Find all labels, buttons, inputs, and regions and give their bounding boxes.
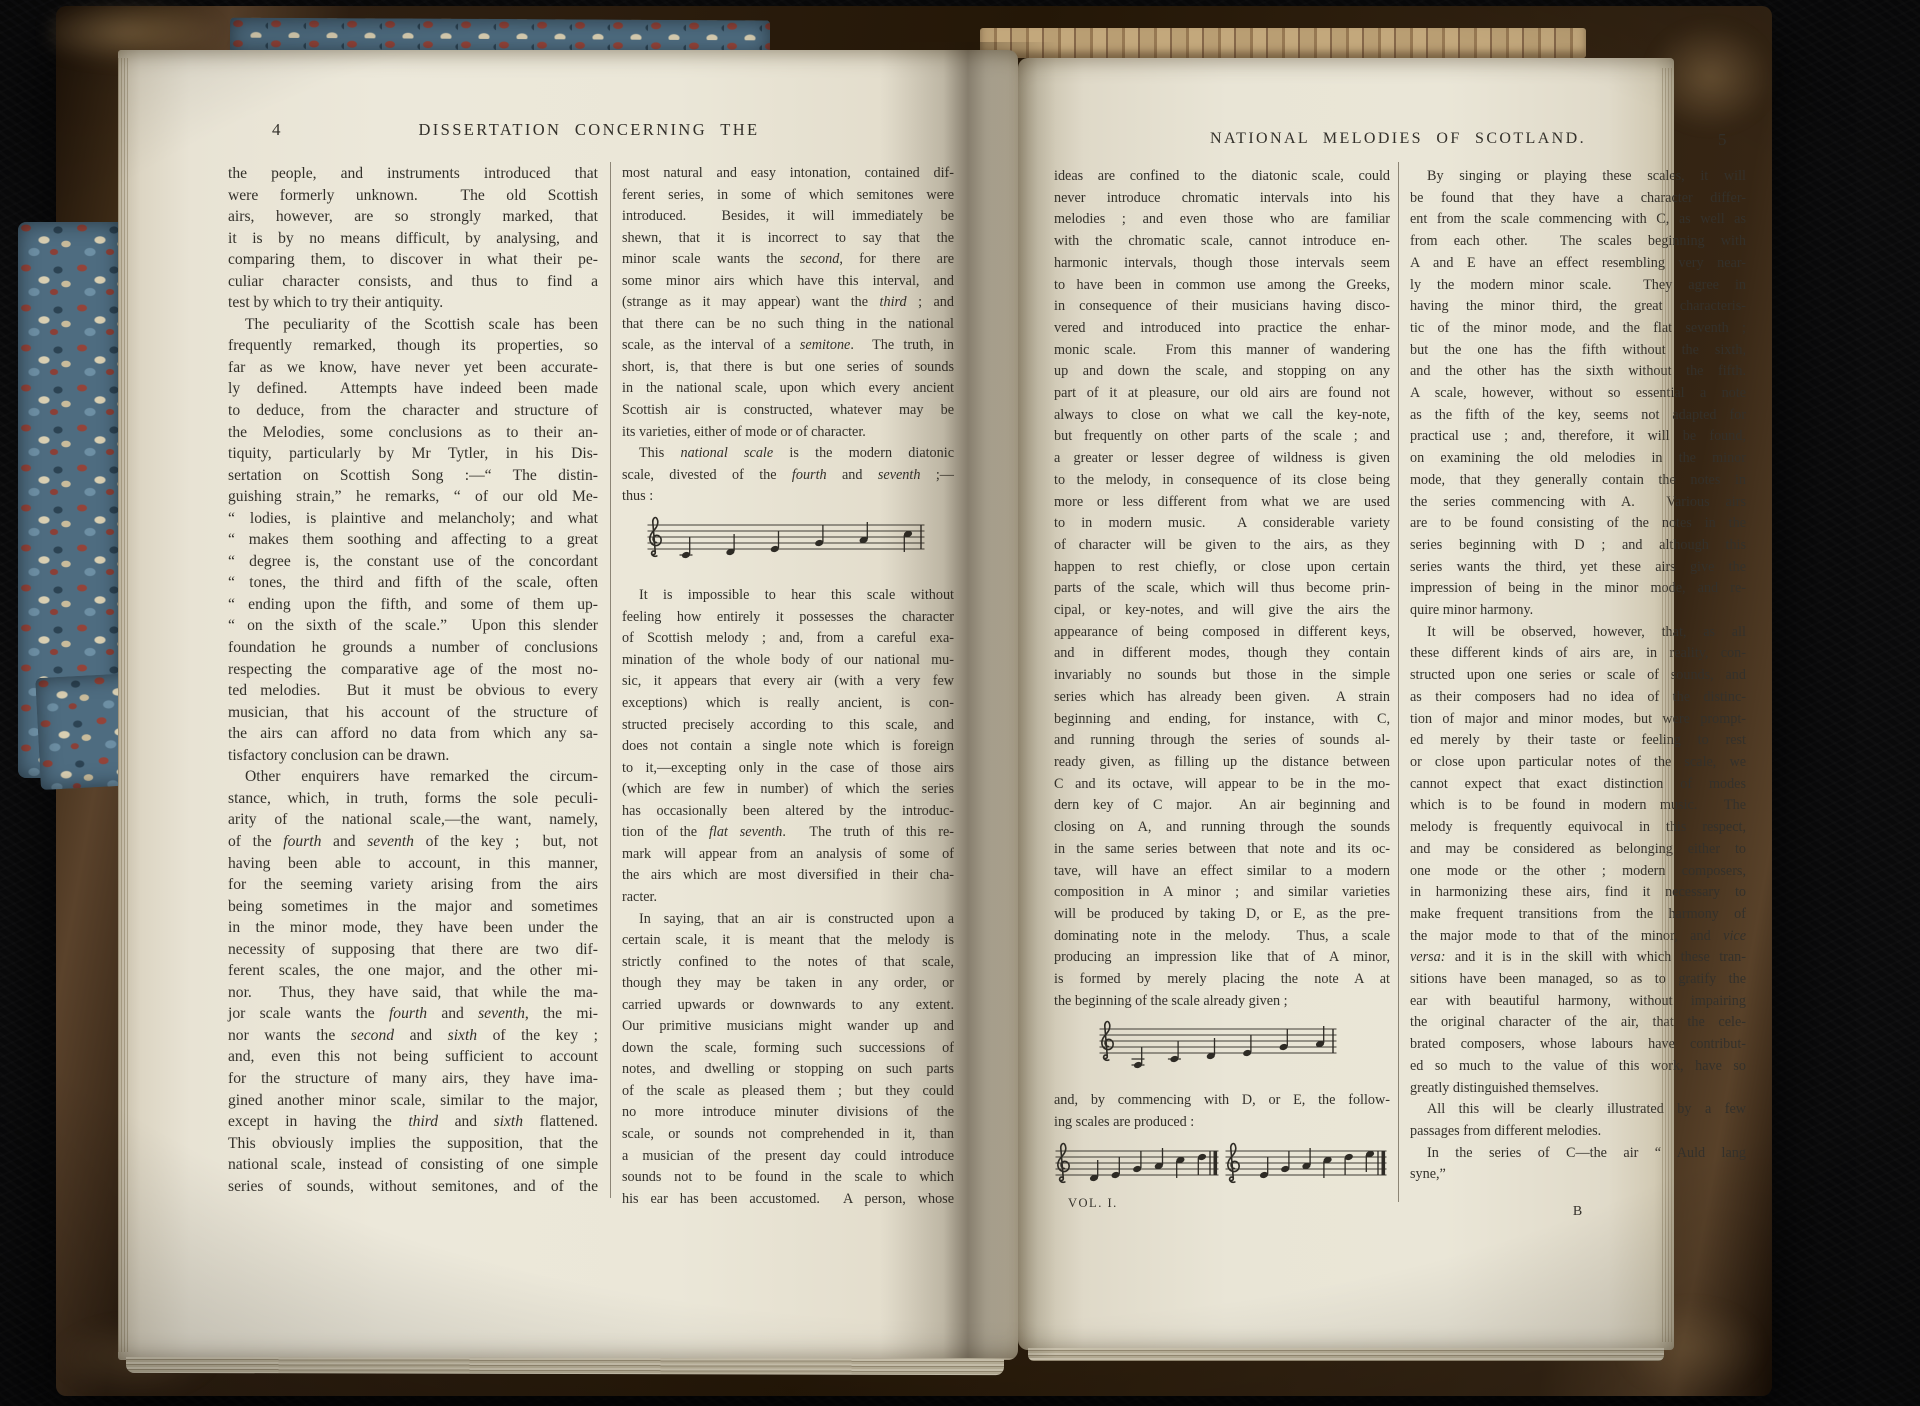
text-line: and in different modes, though they cont… <box>1054 643 1390 665</box>
text-line: necessity of supposing that there are tw… <box>228 939 598 961</box>
text-line: of the fourth and seventh of the key ; b… <box>228 831 598 853</box>
text-line: A scale, however, without so essential a… <box>1410 383 1746 405</box>
text-line: national scale, instead of consisting of… <box>228 1154 598 1176</box>
text-line: are to be found consisting of the notes … <box>1410 513 1746 535</box>
text-line: ideas are confined to the diatonic scale… <box>1054 166 1390 188</box>
text-line: passages from different melodies. <box>1410 1121 1746 1143</box>
text-line: tave, will have an effect similar to a m… <box>1054 861 1390 883</box>
text-line: a greater or lesser degree of wildness i… <box>1054 448 1390 470</box>
music-staff-d-scale <box>1054 1141 1220 1197</box>
volume-footer: VOL. I. <box>1068 1196 1118 1211</box>
text-line: and, even this not being sufficient to a… <box>228 1046 598 1068</box>
text-line: shewn, that it is incorrect to say that … <box>622 228 954 250</box>
text-line: “ tones, the third and fifth of the scal… <box>228 572 598 594</box>
text-line: All this will be clearly illustrated by … <box>1410 1099 1746 1121</box>
text-line: stance, which, in truth, forms the sole … <box>228 788 598 810</box>
text-line: impression of being in the minor mode, a… <box>1410 578 1746 600</box>
text-line: though they may be taken in any order, o… <box>622 973 954 995</box>
text-line: This obviously implies the supposition, … <box>228 1133 598 1155</box>
text-line: brated composers, whose labours have con… <box>1410 1034 1746 1056</box>
text-line: ly the modern minor scale. They agree in <box>1410 275 1746 297</box>
text-line: in the minor mode, they have been under … <box>228 917 598 939</box>
text-line: dominating note in the melody. Thus, a s… <box>1054 926 1390 948</box>
text-line: tisfactory conclusion can be drawn. <box>228 745 598 767</box>
text-line: sic, it appears that every air (with a v… <box>622 671 954 693</box>
text-line: to it,—excepting only in the case of tho… <box>622 758 954 780</box>
text-line: is formed by merely placing the note A a… <box>1054 969 1390 991</box>
text-line: quire minor harmony. <box>1410 600 1746 622</box>
text-line: mark will appear from an analysis of som… <box>622 844 954 866</box>
text-line: ing scales are produced : <box>1054 1112 1390 1134</box>
text-line: the original character of the air, that … <box>1410 1012 1746 1034</box>
text-column-1: the people, and instruments introduced t… <box>228 163 598 1197</box>
text-line: sitions have been managed, so as to grat… <box>1410 969 1746 991</box>
text-line: as their composers had no idea of the di… <box>1410 687 1746 709</box>
text-line: versa: and it is in the skill with which… <box>1410 947 1746 969</box>
text-line: of Scottish melody ; and, from a careful… <box>622 628 954 650</box>
music-figure-pair <box>1054 1141 1390 1197</box>
text-line: tic of the minor mode, and the flat seve… <box>1410 318 1746 340</box>
text-line: “ makes them soothing and affecting to a… <box>228 529 598 551</box>
text-line: down the scale, forming such successions… <box>622 1038 954 1060</box>
text-line: the people, and instruments introduced t… <box>228 163 598 185</box>
text-line: the airs can afford no data from which a… <box>228 723 598 745</box>
column-divider-left <box>610 162 611 1198</box>
text-line: In saying, that an air is constructed up… <box>622 909 954 931</box>
text-line: syne,” <box>1410 1164 1746 1186</box>
text-line: (strange as it may appear) want the thir… <box>622 292 954 314</box>
text-line: in the national scale, upon which every … <box>622 378 954 400</box>
text-column-3: ideas are confined to the diatonic scale… <box>1054 166 1390 1204</box>
text-line: structed precisely according to this sca… <box>622 715 954 737</box>
text-line: tion of major and minor modes, but were … <box>1410 709 1746 731</box>
text-line: exceptions) which is really ancient, is … <box>622 693 954 715</box>
text-line: guishing strain,” he remarks, “ of our o… <box>228 486 598 508</box>
text-line: “ lodies, is plaintive and melancholy; a… <box>228 508 598 530</box>
text-line: for the seeming variety arising from the… <box>228 874 598 896</box>
text-line: ed so much to the value of this work, ha… <box>1410 1056 1746 1078</box>
text-line: to deduce, from the character and struct… <box>228 400 598 422</box>
text-line: and may be considered as belonging eithe… <box>1410 839 1746 861</box>
text-line: musician, that his account of the struct… <box>228 702 598 724</box>
text-line: of character will be given to the airs, … <box>1054 535 1390 557</box>
text-line: were formerly unknown. The old Scottish <box>228 185 598 207</box>
text-line: to have been in common use among the Gre… <box>1054 275 1390 297</box>
text-column-4: By singing or playing these scales, it w… <box>1410 166 1746 1186</box>
text-line: “ ending upon the fifth, and some of the… <box>228 594 598 616</box>
text-line: certain scale, it is meant that the melo… <box>622 930 954 952</box>
text-line: mination of the whole body of our nation… <box>622 650 954 672</box>
text-line: to in modern music. A considerable varie… <box>1054 513 1390 535</box>
text-line: series of sounds, without semitones, and… <box>228 1176 598 1198</box>
text-line: test by which to try their antiquity. <box>228 292 598 314</box>
text-line: This national scale is the modern diaton… <box>622 443 954 465</box>
text-line: or close upon particular notes of the sc… <box>1410 752 1746 774</box>
text-line: sertation on Scottish Song :—“ The disti… <box>228 465 598 487</box>
text-line: the Melodies, some conclusions as to the… <box>228 422 598 444</box>
text-line: notes, and dwelling or stopping on such … <box>622 1059 954 1081</box>
text-line: melody is frequently equivocal in this r… <box>1410 817 1746 839</box>
text-line: from each other. The scales beginning wi… <box>1410 231 1746 253</box>
text-line: be found that they have a character diff… <box>1410 188 1746 210</box>
text-line: its varieties, either of mode or of char… <box>622 422 954 444</box>
text-line: except in having the third and sixth fla… <box>228 1111 598 1133</box>
text-line: some minor airs which have this interval… <box>622 271 954 293</box>
text-line: culiar character consists, and thus to f… <box>228 271 598 293</box>
page-right: 5 NATIONAL MELODIES OF SCOTLAND. ideas a… <box>1018 58 1674 1350</box>
text-line: feeling how entirely it possesses the ch… <box>622 607 954 629</box>
text-line: the airs which are most diversified in t… <box>622 865 954 887</box>
text-line: nor wants the second and sixth of the ke… <box>228 1025 598 1047</box>
text-line: harmonic intervals, though those interva… <box>1054 253 1390 275</box>
text-line: beginning and ending, for instance, with… <box>1054 709 1390 731</box>
text-line: The peculiarity of the Scottish scale ha… <box>228 314 598 336</box>
music-staff-e-scale <box>1224 1141 1388 1197</box>
text-line: strictly confined to the notes of that s… <box>622 952 954 974</box>
text-line: has occasionally been altered by the int… <box>622 801 954 823</box>
text-line: and running through the series of sounds… <box>1054 730 1390 752</box>
text-line: scale, divested of the fourth and sevent… <box>622 465 954 487</box>
text-line: nor. Thus, they have said, that while th… <box>228 982 598 1004</box>
text-line: ferent series, in some of which semitone… <box>622 185 954 207</box>
text-line: ear with beautiful harmony, without impa… <box>1410 991 1746 1013</box>
text-line: structed upon one series or scale of sou… <box>1410 665 1746 687</box>
text-line: appearance of being composed in differen… <box>1054 622 1390 644</box>
text-line: more or less different from what we are … <box>1054 492 1390 514</box>
text-line: scale, as the interval of a semitone. Th… <box>622 335 954 357</box>
text-line: respecting the comparative age of the mo… <box>228 659 598 681</box>
text-line: “ on the sixth of the scale.” Upon this … <box>228 615 598 637</box>
text-line: will be produced by taking D, or E, as t… <box>1054 904 1390 926</box>
text-line: but the one has the fifth without the si… <box>1410 340 1746 362</box>
text-line: closing on A, and running through the so… <box>1054 817 1390 839</box>
text-line: ed merely by their taste or feeling to r… <box>1410 730 1746 752</box>
text-line: and the other has the sixth without the … <box>1410 361 1746 383</box>
text-line: foundation he grounds a number of conclu… <box>228 637 598 659</box>
text-line: but frequently on other parts of the sca… <box>1054 426 1390 448</box>
text-column-2: most natural and easy intonation, contai… <box>622 163 954 1210</box>
text-line: composition in A minor ; and similar var… <box>1054 882 1390 904</box>
text-line: happen to rest chiefly, or close upon ce… <box>1054 557 1390 579</box>
text-line: the series commencing with A. Various ai… <box>1410 492 1746 514</box>
text-line: the major mode to that of the minor, and… <box>1410 926 1746 948</box>
text-line: short, is, that there is but one series … <box>622 357 954 379</box>
text-line: melodies ; and even those who are famili… <box>1054 209 1390 231</box>
text-line: no more introduce minuter divisions of t… <box>622 1102 954 1124</box>
text-line: in the same series between that note and… <box>1054 839 1390 861</box>
text-line: in consequence of their musicians having… <box>1054 296 1390 318</box>
text-line: greatly distinguished themselves. <box>1410 1078 1746 1100</box>
text-line: minor scale wants the second, for there … <box>622 249 954 271</box>
text-line: ly defined. Attempts have indeed been ma… <box>228 378 598 400</box>
text-line: for the structure of many airs, they hav… <box>228 1068 598 1090</box>
text-line: series which has already been given. A s… <box>1054 687 1390 709</box>
text-line: cipal, or key-notes, and will give the a… <box>1054 600 1390 622</box>
text-line: in harmonizing these airs, find it neces… <box>1410 882 1746 904</box>
text-line: dern key of C major. An air beginning an… <box>1054 795 1390 817</box>
text-line: By singing or playing these scales, it w… <box>1410 166 1746 188</box>
text-line: make frequent transitions from the harmo… <box>1410 904 1746 926</box>
text-line: it is by no means difficult, by analysin… <box>228 228 598 250</box>
text-line: these different kinds of airs are, in re… <box>1410 643 1746 665</box>
text-line: A and E have an effect resembling very n… <box>1410 253 1746 275</box>
text-line: jor scale wants the fourth and seventh, … <box>228 1003 598 1025</box>
text-line: In the series of C—the air “ Auld lang <box>1410 1143 1746 1165</box>
text-line: on examining the old melodies in the min… <box>1410 448 1746 470</box>
text-line: cannot expect that exact distinction of … <box>1410 774 1746 796</box>
music-staff-c-scale <box>646 515 926 571</box>
text-line: monic scale. From this manner of wanderi… <box>1054 340 1390 362</box>
text-line: airs, however, are so strongly marked, t… <box>228 206 598 228</box>
text-line: arity of the national scale,—the want, n… <box>228 809 598 831</box>
text-line: of the scale as pleased them ; but they … <box>622 1081 954 1103</box>
text-line: ent from the scale commencing with C, as… <box>1410 209 1746 231</box>
text-line: parts of the scale, which will thus beco… <box>1054 578 1390 600</box>
text-line: ted melodies. But it must be obvious to … <box>228 680 598 702</box>
page-bottom-edges-right <box>1028 1348 1664 1361</box>
text-line: which is to be found in modern music. Th… <box>1410 795 1746 817</box>
text-line: scale, or sounds not comprehended in it,… <box>622 1124 954 1146</box>
text-line: invariably no sounds but those in the si… <box>1054 665 1390 687</box>
text-line: having been able to account, in this man… <box>228 853 598 875</box>
text-line: racter. <box>622 887 954 909</box>
text-line: Scottish air is constructed, whatever ma… <box>622 400 954 422</box>
text-line: It is impossible to hear this scale with… <box>622 585 954 607</box>
text-line: It will be observed, however, that, as a… <box>1410 622 1746 644</box>
text-line: thus : <box>622 486 954 508</box>
text-line: always to close on what we call the key-… <box>1054 405 1390 427</box>
text-line: series beginning with D ; and although t… <box>1410 535 1746 557</box>
text-line: sounds not to be found in the scale to w… <box>622 1167 954 1189</box>
text-line: introduced. Besides, it will immediately… <box>622 206 954 228</box>
text-line: ready given, as filling up the distance … <box>1054 752 1390 774</box>
text-line: that there can be no such thing in the n… <box>622 314 954 336</box>
text-line: series wants the third, yet these airs g… <box>1410 557 1746 579</box>
text-line: a musician of the present day could intr… <box>622 1146 954 1168</box>
text-line: tion of the flat seventh. The truth of t… <box>622 822 954 844</box>
text-line: does not contain a single note which is … <box>622 736 954 758</box>
text-line: never introduce chromatic intervals into… <box>1054 188 1390 210</box>
text-line: and, by commencing with D, or E, the fol… <box>1054 1090 1390 1112</box>
text-line: Other enquirers have remarked the circum… <box>228 766 598 788</box>
text-line: “ degree is, the constant use of the con… <box>228 551 598 573</box>
text-line: ferent scales, the one major, and the ot… <box>228 960 598 982</box>
column-divider-right <box>1398 162 1399 1202</box>
text-line: to the melody, in consequence of its clo… <box>1054 470 1390 492</box>
text-line: mode, that they generally contain the no… <box>1410 470 1746 492</box>
text-line: C and its octave, will appear to be in t… <box>1054 774 1390 796</box>
signature-mark: B <box>1410 1204 1746 1220</box>
page-top-edge-right <box>980 28 1586 58</box>
text-line: tiquity, particularly by Mr Tytler, in h… <box>228 443 598 465</box>
music-figure-a-scale <box>1098 1019 1390 1083</box>
text-line: vered and introduced into practice the e… <box>1054 318 1390 340</box>
text-line: comparing them, to discover in what thei… <box>228 249 598 271</box>
text-line: producing an impression like that of A m… <box>1054 947 1390 969</box>
text-line: with the chromatic scale, cannot introdu… <box>1054 231 1390 253</box>
text-line: gined another minor scale, similar to th… <box>228 1090 598 1112</box>
text-line: (which are few in number) of which the s… <box>622 779 954 801</box>
page-left: 4 DISSERTATION CONCERNING THE the people… <box>118 50 1018 1360</box>
text-line: carried upwards or downwards to any exte… <box>622 995 954 1017</box>
text-line: far as we know, have never yet been accu… <box>228 357 598 379</box>
text-line: his ear has been accustomed. A person, w… <box>622 1189 954 1211</box>
text-line: up and down the scale, and stopping on a… <box>1054 361 1390 383</box>
text-line: as the fifth of the key, seems not adapt… <box>1410 405 1746 427</box>
text-line: frequently remarked, though its properti… <box>228 335 598 357</box>
running-header-right: NATIONAL MELODIES OF SCOTLAND. <box>1054 130 1742 148</box>
text-line: one mode or the other ; modern composers… <box>1410 861 1746 883</box>
page-bottom-edges-left <box>126 1357 1004 1375</box>
text-line: Our primitive musicians might wander up … <box>622 1016 954 1038</box>
book: 4 DISSERTATION CONCERNING THE the people… <box>56 6 1772 1396</box>
music-staff-a-scale <box>1098 1019 1338 1075</box>
music-figure-c-scale <box>646 515 954 579</box>
running-header-left: DISSERTATION CONCERNING THE <box>228 120 950 140</box>
text-line: most natural and easy intonation, contai… <box>622 163 954 185</box>
text-line: having the minor third, the great charac… <box>1410 296 1746 318</box>
text-line: practical use ; and, therefore, it will … <box>1410 426 1746 448</box>
text-line: the beginning of the scale already given… <box>1054 991 1390 1013</box>
text-line: part of it at pleasure, our old airs are… <box>1054 383 1390 405</box>
text-line: being sometimes in the major and sometim… <box>228 896 598 918</box>
